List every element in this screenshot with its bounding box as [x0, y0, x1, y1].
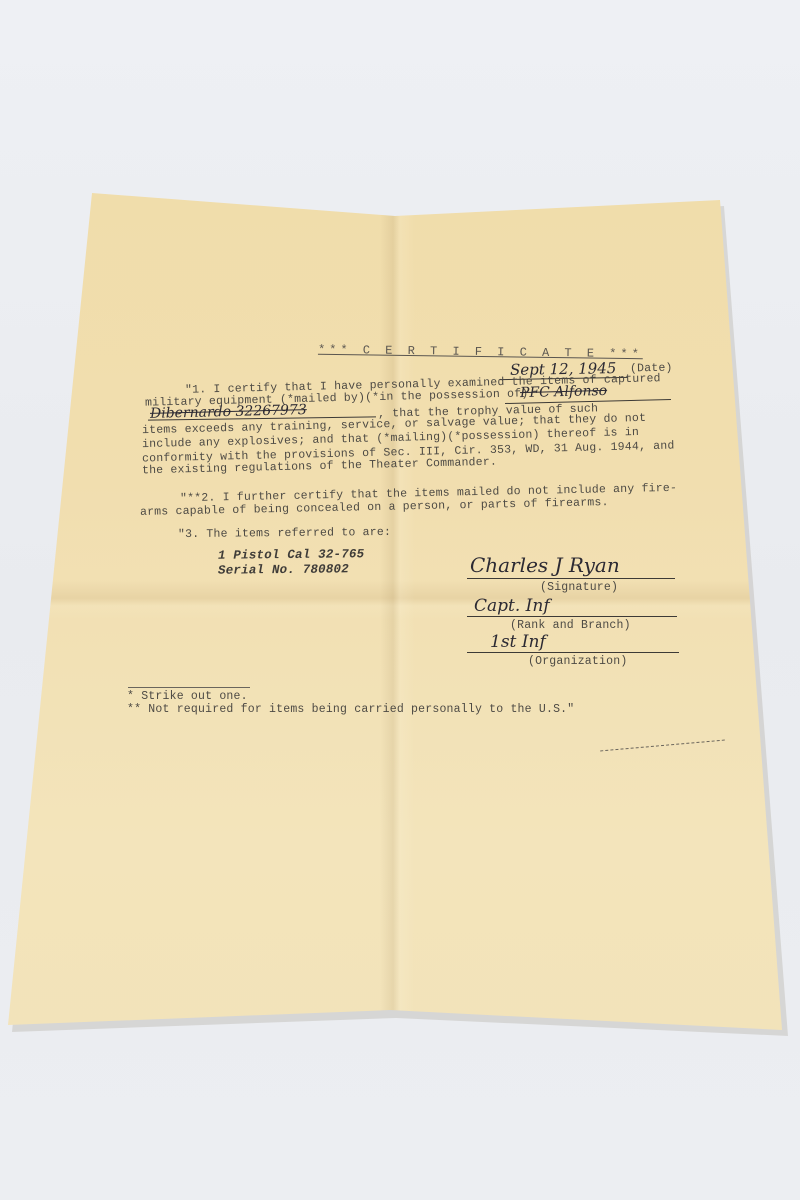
certificate-document: *** C E R T I F I C A T E *** Sept 12, 1… [0, 0, 800, 1200]
signature-label: (Signature) [540, 581, 618, 594]
item-1: 1 Pistol Cal 32-765 [218, 547, 364, 563]
signature-rule [467, 578, 675, 579]
item-2: Serial No. 780802 [218, 562, 349, 577]
footnote-1: * Strike out one. [127, 690, 248, 703]
organization-handwritten: 1st Inf [490, 632, 546, 652]
faint-pencil-mark [600, 740, 725, 752]
footnote-2: ** Not required for items being carried … [127, 703, 574, 716]
footnote-rule [128, 687, 250, 688]
organization-rule [467, 652, 679, 653]
organization-label: (Organization) [528, 655, 627, 668]
signature-handwritten: Charles J Ryan [470, 553, 620, 577]
name-handtyped: PFC Alfonso [520, 383, 607, 401]
rank-rule [467, 616, 677, 617]
rank-label: (Rank and Branch) [510, 619, 631, 632]
para3-line1: "3. The items referred to are: [178, 526, 391, 541]
rank-handwritten: Capt. Inf [474, 596, 550, 616]
